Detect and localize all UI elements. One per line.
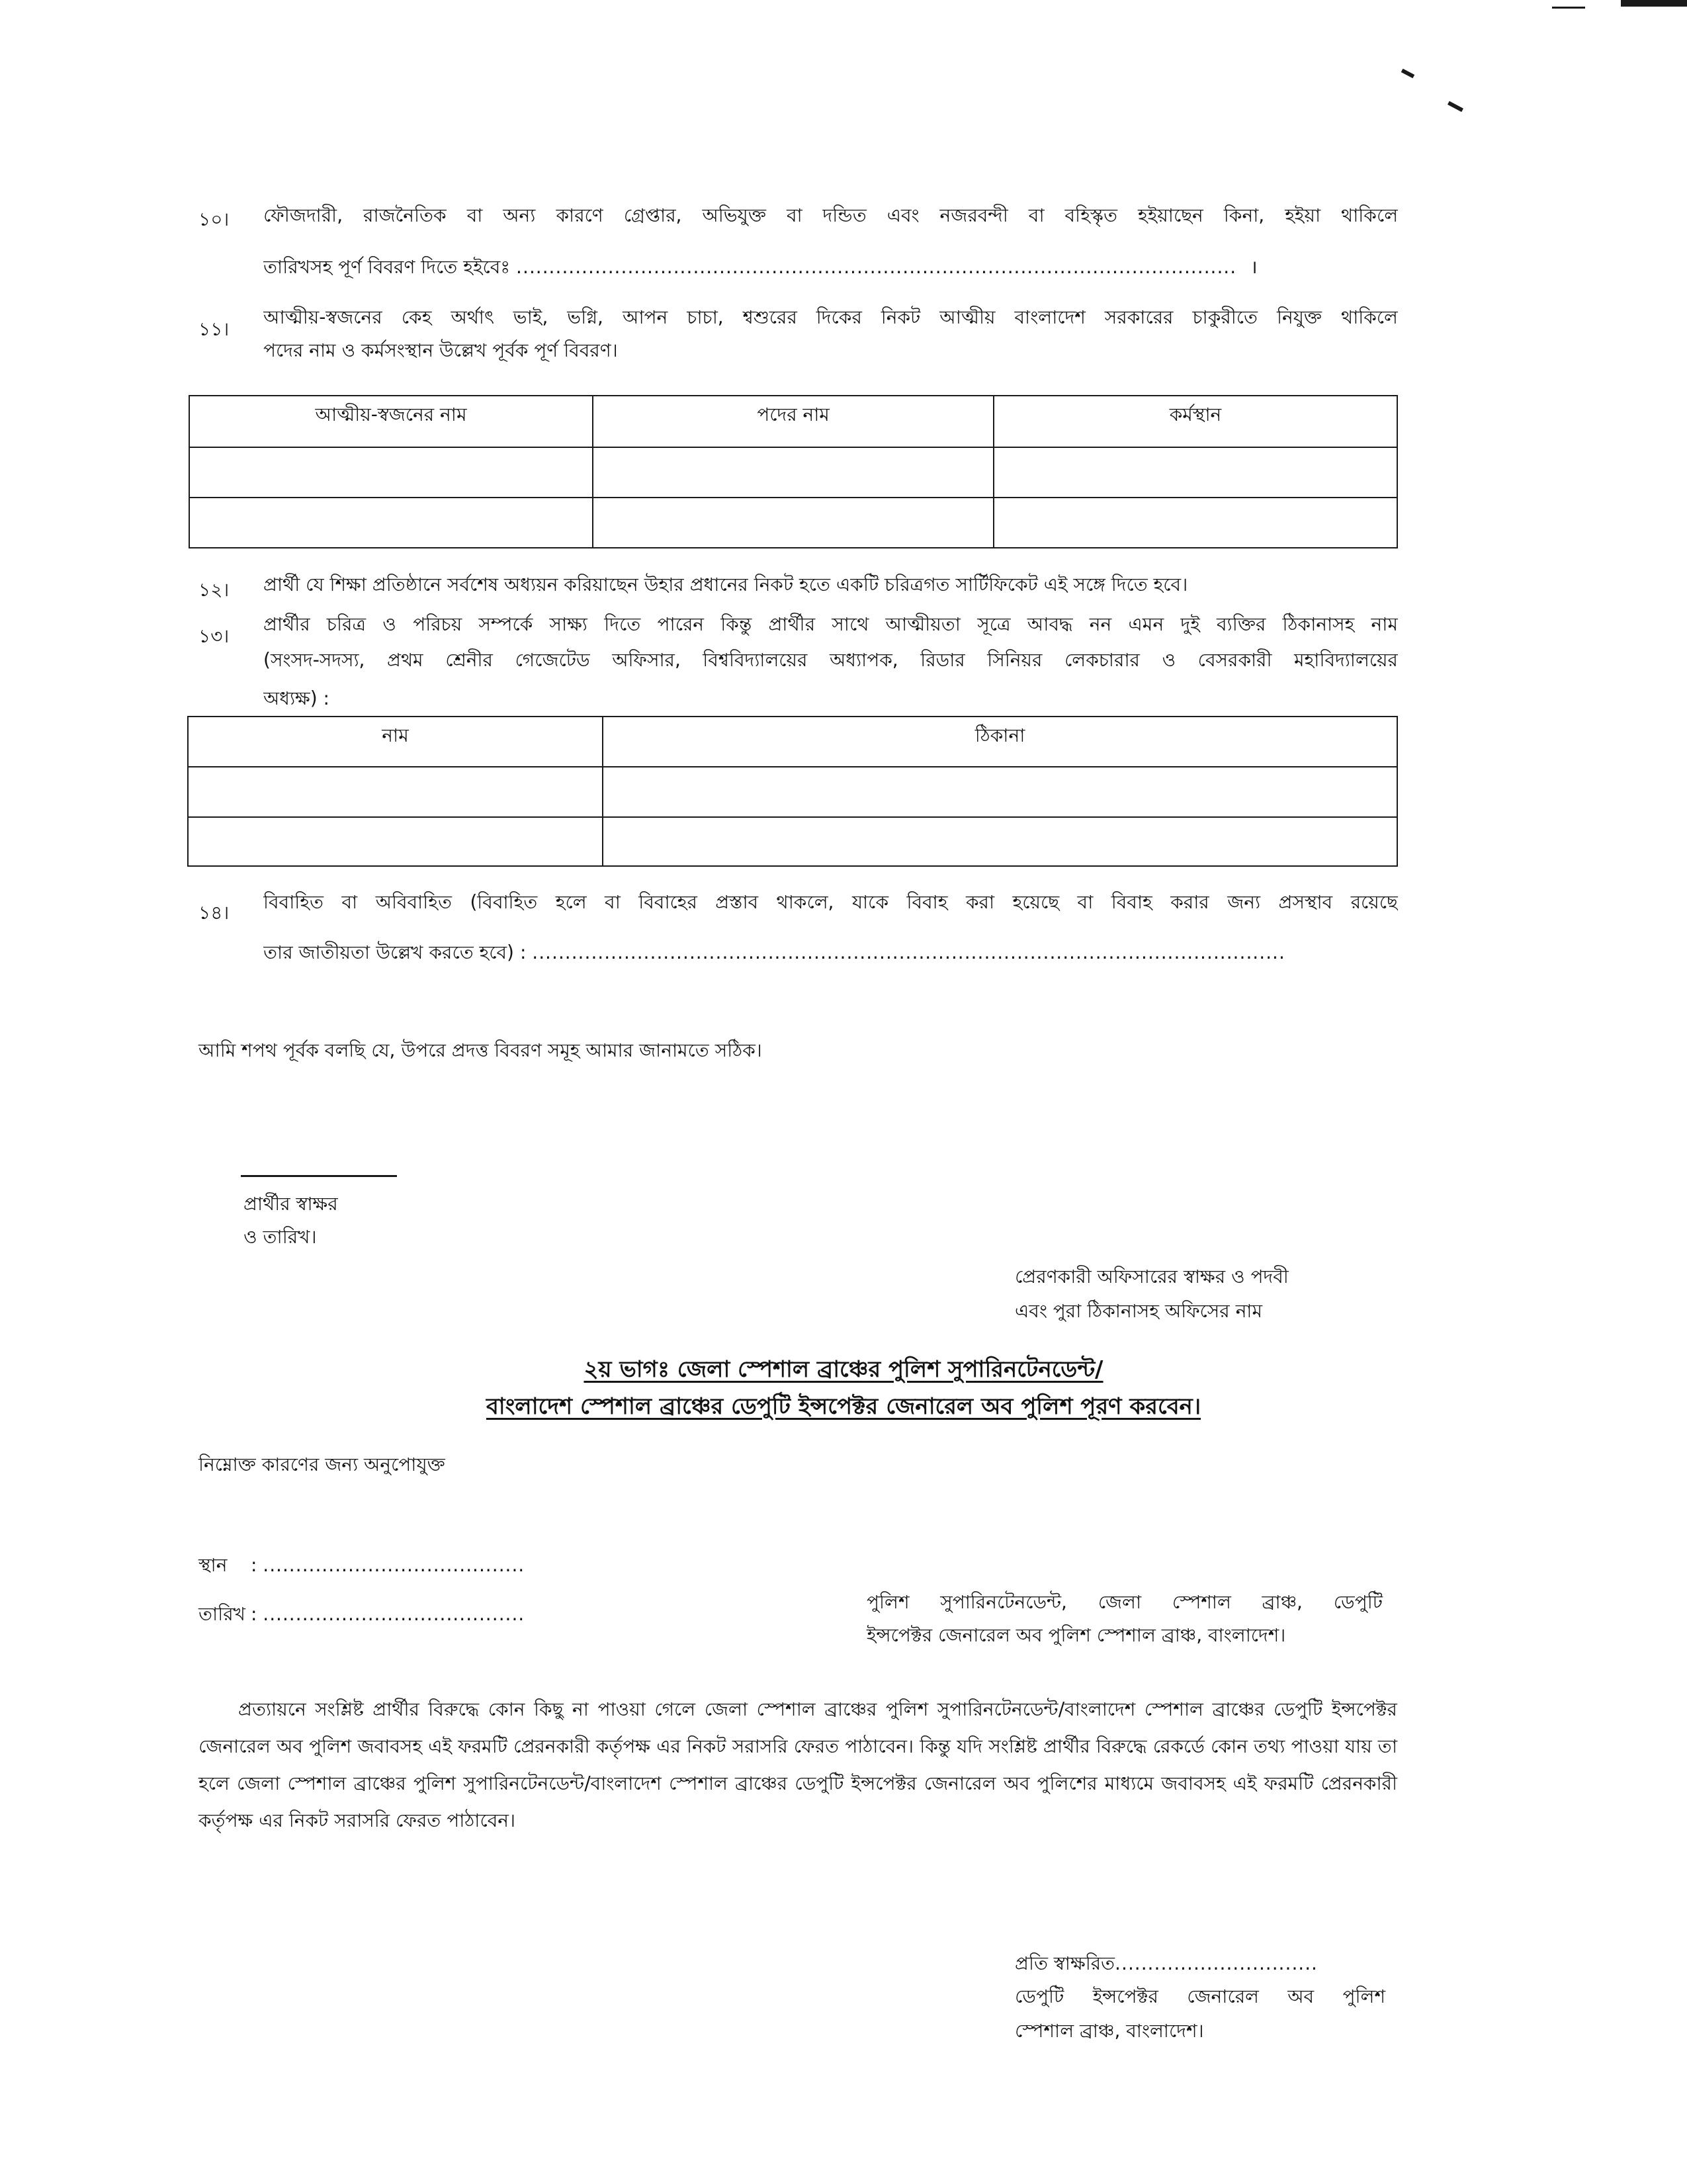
relatives-table: আত্মীয়-স্বজনের নাম পদের নাম কর্মস্থান xyxy=(189,395,1398,548)
item-14-dots: ........................................… xyxy=(532,939,1285,966)
referee-name-cell[interactable] xyxy=(188,817,603,866)
item-14-text: বিবাহিত বা অবিবাহিত (বিবাহিত হলে বা বিবা… xyxy=(263,889,1398,916)
designation-cell[interactable] xyxy=(593,447,994,498)
item-10-text: ফৌজদারী, রাজনৈতিক বা অন্য কারণে গ্রেপ্তা… xyxy=(263,202,1398,229)
item-12-text: প্রার্থী যে শিক্ষা প্রতিষ্ঠানে সর্বশেষ অ… xyxy=(263,572,1398,598)
place-field[interactable]: স্থান : ................................… xyxy=(198,1552,525,1579)
item-11-text-2: পদের নাম ও কর্মসংস্থান উল্লেখ পূর্বক পূর… xyxy=(263,337,1398,364)
countersign-dots: ............................... xyxy=(1115,1950,1318,1977)
item-10-end: । xyxy=(1250,256,1258,278)
table-row xyxy=(189,498,1397,548)
place-label: স্থান xyxy=(198,1552,245,1579)
referee-address-cell[interactable] xyxy=(603,817,1397,866)
declaration-text: আমি শপথ পূর্বক বলছি যে, উপরে প্রদত্ত বিব… xyxy=(198,1037,762,1064)
sp-designation-2: ইন্সপেক্টর জেনারেল অব পুলিশ স্পেশাল ব্রা… xyxy=(867,1622,1285,1649)
part2-heading-line2: বাংলাদেশ স্পেশাল ব্রাঞ্চের ডেপুটি ইন্সপে… xyxy=(0,1389,1687,1424)
countersign-designation: ডেপুটি ইন্সপেক্টর জেনারেল অব পুলিশ xyxy=(1015,1984,1385,2010)
candidate-signature-line[interactable] xyxy=(241,1175,397,1177)
relative-name-cell[interactable] xyxy=(189,447,593,498)
table-header-row: আত্মীয়-স্বজনের নাম পদের নাম কর্মস্থান xyxy=(189,396,1397,447)
table-row xyxy=(188,817,1397,866)
header-workplace: কর্মস্থান xyxy=(994,396,1397,447)
sp-designation: পুলিশ সুপারিনটেনডেন্ট, জেলা স্পেশাল ব্রা… xyxy=(867,1589,1383,1616)
item-number: ১০। xyxy=(198,206,229,233)
header-name: নাম xyxy=(188,717,603,767)
part2-heading-text-2: বাংলাদেশ স্পেশাল ব্রাঞ্চের ডেপুটি ইন্সপে… xyxy=(486,1393,1201,1420)
table-header-row: নাম ঠিকানা xyxy=(188,717,1397,767)
item-13-text-3: অধ্যক্ষ) : xyxy=(263,685,1398,712)
item-number: ১৪। xyxy=(198,900,229,926)
item-10-detail-field[interactable]: তারিখসহ পূর্ণ বিবরণ দিতে হইবেঃ .........… xyxy=(263,254,1398,281)
header-designation: পদের নাম xyxy=(593,396,994,447)
item-number: ১১। xyxy=(198,316,229,343)
workplace-cell[interactable] xyxy=(994,447,1397,498)
referees-table: নাম ঠিকানা xyxy=(187,716,1398,867)
part2-heading-text: ২য় ভাগঃ জেলা স্পেশাল ব্রাঞ্চের পুলিশ সু… xyxy=(584,1356,1103,1383)
scan-mark xyxy=(1621,0,1687,7)
header-relative-name: আত্মীয়-স্বজনের নাম xyxy=(189,396,593,447)
referee-name-cell[interactable] xyxy=(188,767,603,817)
referee-address-cell[interactable] xyxy=(603,767,1397,817)
scan-mark xyxy=(1552,7,1585,9)
date-field[interactable]: তারিখ : ................................… xyxy=(198,1601,525,1628)
unsuitable-label: নিম্নোক্ত কারণের জন্য অনুপোযুক্ত xyxy=(198,1452,445,1478)
candidate-date-label: ও তারিখ। xyxy=(243,1224,316,1250)
designation-cell[interactable] xyxy=(593,498,994,548)
item-14-label: তার জাতীয়তা উল্লেখ করতে হবে) : xyxy=(263,941,526,963)
part2-heading-line1: ২য় ভাগঃ জেলা স্পেশাল ব্রাঞ্চের পুলিশ সু… xyxy=(0,1352,1687,1387)
date-separator: : xyxy=(251,1603,257,1625)
item-11-text: আত্মীয়-স্বজনের কেহ অর্থাৎ ভাই, ভগ্নি, আ… xyxy=(263,304,1398,331)
item-10-dots: ........................................… xyxy=(516,254,1236,281)
scan-mark xyxy=(1401,69,1414,79)
table-row xyxy=(189,447,1397,498)
header-address: ঠিকানা xyxy=(603,717,1397,767)
countersign-office: স্পেশাল ব্রাঞ্চ, বাংলাদেশ। xyxy=(1015,2018,1204,2044)
place-separator: : xyxy=(251,1554,257,1576)
scan-mark xyxy=(1448,101,1463,112)
date-dots: ........................................ xyxy=(263,1601,525,1628)
item-13-text-2: (সংসদ-সদস্য, প্রথম শ্রেনীর গেজেটেড অফিসা… xyxy=(263,647,1398,674)
item-number: ১২। xyxy=(198,577,229,603)
form-page: ১০। ফৌজদারী, রাজনৈতিক বা অন্য কারণে গ্রে… xyxy=(0,0,1687,2184)
instruction-paragraph: প্রত্যায়নে সংশ্লিষ্ট প্রার্থীর বিরুদ্ধে… xyxy=(198,1691,1397,1839)
date-label: তারিখ xyxy=(198,1601,245,1628)
countersign-label: প্রতি স্বাক্ষরিত xyxy=(1015,1952,1115,1974)
item-number: ১৩। xyxy=(198,623,229,650)
countersign-field[interactable]: প্রতি স্বাক্ষরিত........................… xyxy=(1015,1950,1318,1977)
item-13-text: প্রার্থীর চরিত্র ও পরিচয় সম্পর্কে সাক্ষ… xyxy=(263,611,1398,638)
table-row xyxy=(188,767,1397,817)
relative-name-cell[interactable] xyxy=(189,498,593,548)
candidate-signature-label: প্রার্থীর স্বাক্ষর xyxy=(243,1191,338,1217)
place-dots: ........................................ xyxy=(263,1552,525,1579)
sending-officer-label: প্রেরণকারী অফিসারের স্বাক্ষর ও পদবী xyxy=(1015,1264,1289,1290)
sending-officer-label-2: এবং পুরা ঠিকানাসহ অফিসের নাম xyxy=(1015,1298,1262,1325)
item-10-label: তারিখসহ পূর্ণ বিবরণ দিতে হইবেঃ xyxy=(263,256,510,278)
item-14-nationality-field[interactable]: তার জাতীয়তা উল্লেখ করতে হবে) : ........… xyxy=(263,939,1398,966)
workplace-cell[interactable] xyxy=(994,498,1397,548)
